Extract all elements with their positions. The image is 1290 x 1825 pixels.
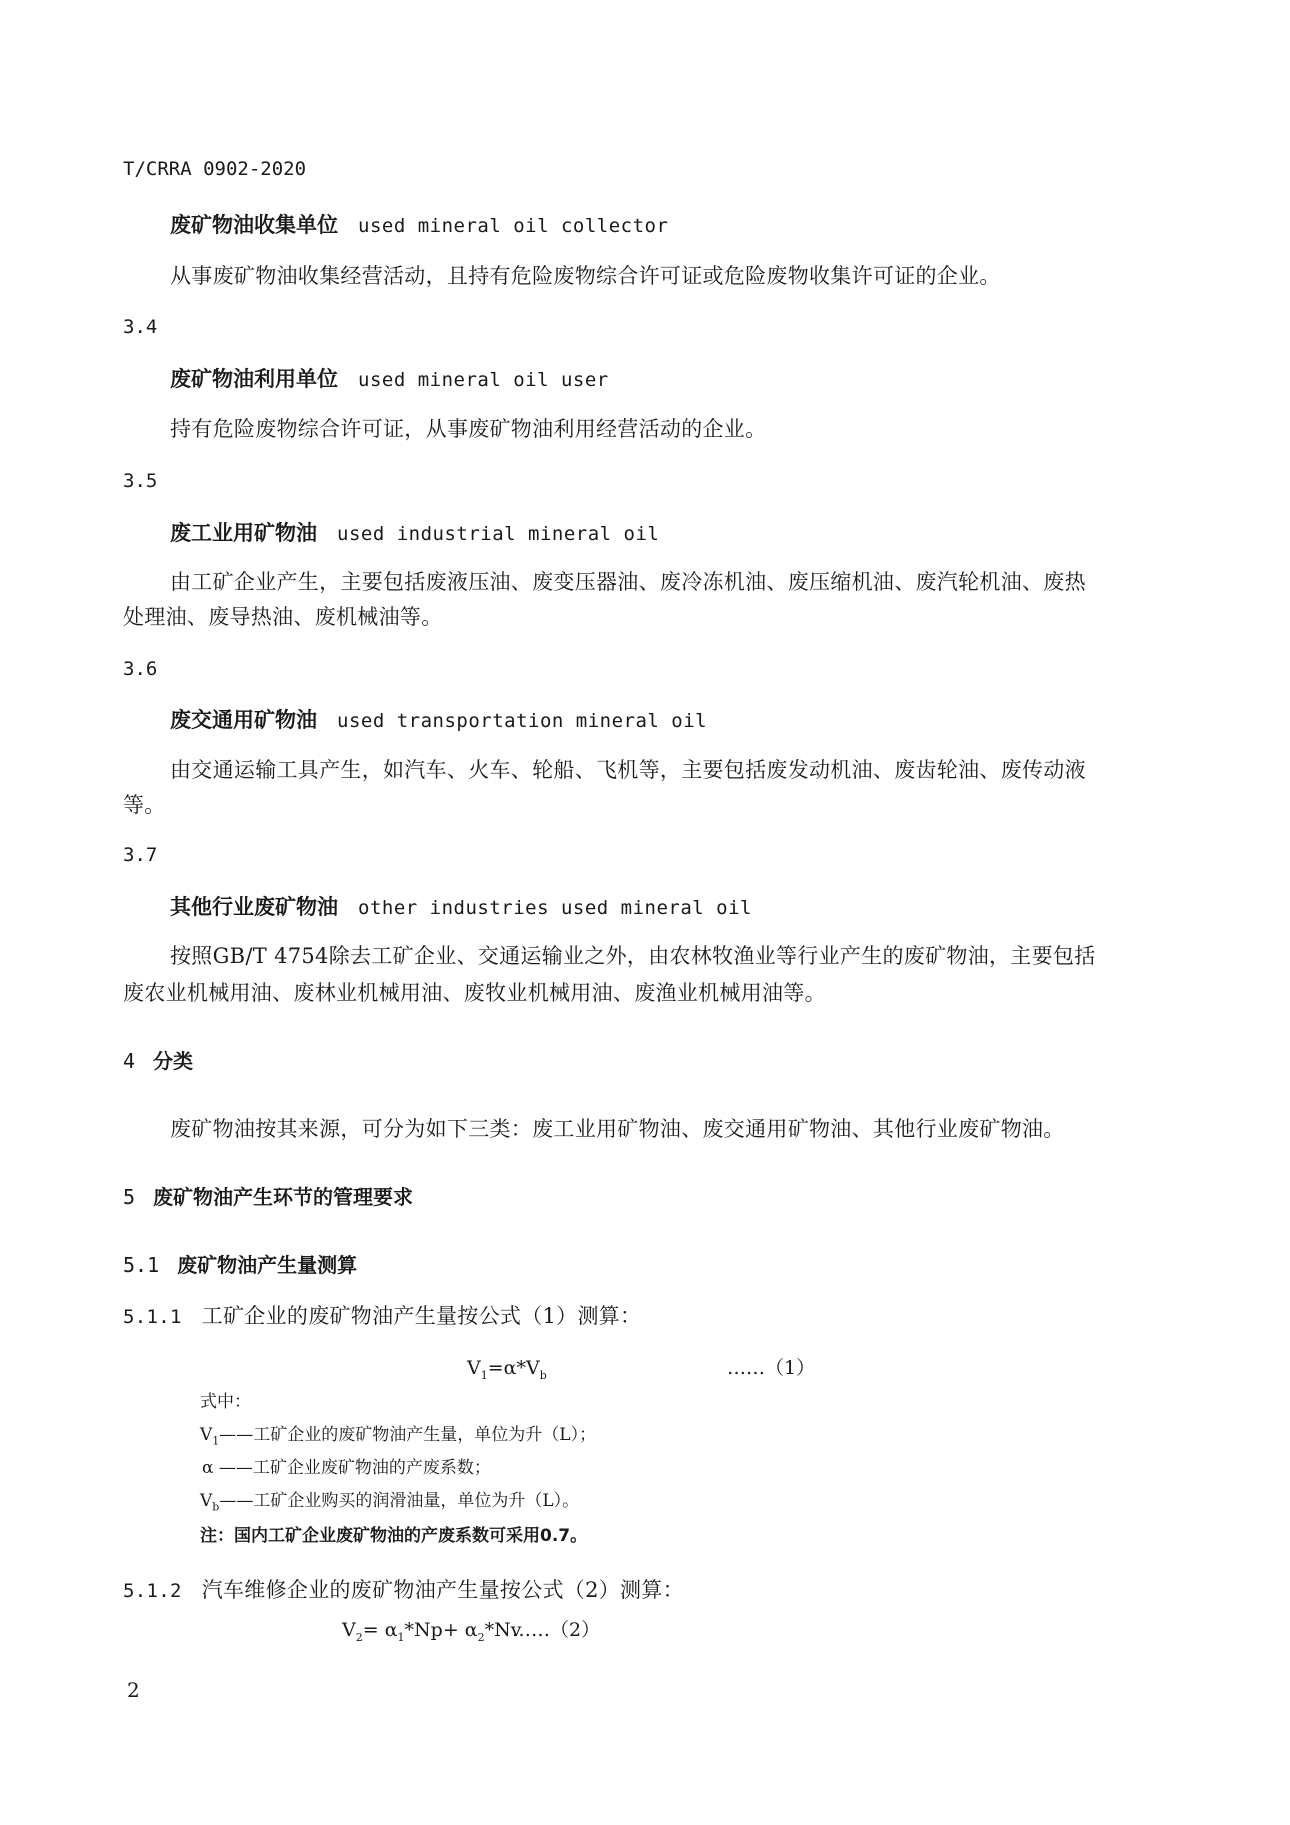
section-number: 5 <box>123 1185 135 1209</box>
variable-symbol: V <box>200 1425 212 1445</box>
clause-number: 5.1.1 <box>123 1306 182 1328</box>
clause-text: 工矿企业的废矿物油产生量按公式（1）测算： <box>202 1304 642 1328</box>
variable-symbol: V <box>200 1491 212 1511</box>
term-definition-cont: 处理油、废导热油、废机械油等。 <box>123 607 443 628</box>
term-zh: 废矿物油收集单位 <box>170 213 338 237</box>
section-number: 5.1 <box>123 1253 159 1277</box>
formula-subscript: 1 <box>481 1369 488 1382</box>
variable-definition: Vb——工矿企业购买的润滑油量，单位为升（L）。 <box>200 1493 579 1512</box>
formula-2-tag: ……（2） <box>512 1621 600 1640</box>
section-number: 4 <box>123 1049 135 1073</box>
section-heading: 5废矿物油产生环节的管理要求 <box>123 1187 413 1207</box>
term-definition: 持有危险废物综合许可证，从事废矿物油利用经营活动的企业。 <box>170 419 766 440</box>
formula-1-tag: ……（1） <box>727 1359 815 1378</box>
section-title: 废矿物油产生量测算 <box>177 1253 357 1277</box>
term-title: 废交通用矿物油used transportation mineral oil <box>170 710 707 731</box>
term-title: 废矿物油利用单位used mineral oil user <box>170 369 609 390</box>
term-definition: 从事废矿物油收集经营活动，且持有危险废物综合许可证或危险废物收集许可证的企业。 <box>170 266 1001 287</box>
variable-description: ——工矿企业废矿物油的产废系数； <box>219 1458 491 1478</box>
formula-2: V2= α1*Np+ α2*Nv <box>342 1621 521 1643</box>
term-en: other industries used mineral oil <box>358 897 752 919</box>
term-definition: 由工矿企业产生，主要包括废液压油、废变压器油、废冷冻机油、废压缩机油、废汽轮机油… <box>170 572 1086 593</box>
formula-expression: *Np+ α <box>405 1619 478 1641</box>
section-title: 废矿物油产生环节的管理要求 <box>153 1185 413 1209</box>
formula-1: V1=α*Vb <box>467 1359 547 1381</box>
variable-definition: α ——工矿企业废矿物油的产废系数； <box>202 1460 491 1477</box>
variable-description: ——工矿企业的废矿物油产生量，单位为升（L）； <box>219 1425 596 1445</box>
term-title: 其他行业废矿物油other industries used mineral oi… <box>170 897 752 918</box>
formula-subscript: 1 <box>398 1631 405 1644</box>
term-number: 3.7 <box>123 846 157 865</box>
term-definition-cont: 等。 <box>123 795 166 816</box>
variable-symbol: α <box>202 1458 219 1478</box>
clause-511: 5.1.1工矿企业的废矿物油产生量按公式（1）测算： <box>123 1306 641 1327</box>
note: 注：国内工矿企业废矿物油的产废系数可采用0.7。 <box>200 1528 587 1545</box>
term-number: 3.4 <box>123 318 157 337</box>
formula-symbol: V <box>467 1357 481 1379</box>
term-title: 废矿物油收集单位used mineral oil collector <box>170 215 668 236</box>
formula-subscript: 2 <box>356 1631 363 1644</box>
clause-512: 5.1.2汽车维修企业的废矿物油产生量按公式（2）测算： <box>123 1580 684 1601</box>
term-en: used mineral oil user <box>358 369 609 391</box>
formula-expression: =α*V <box>488 1357 540 1379</box>
formula-subscript: b <box>540 1369 547 1382</box>
document-id: T/CRRA 0902-2020 <box>123 160 306 179</box>
term-zh: 废矿物油利用单位 <box>170 367 338 391</box>
term-definition-cont: 废农业机械用油、废林业机械用油、废牧业机械用油、废渔业机械用油等。 <box>123 983 826 1004</box>
clause-number: 5.1.2 <box>123 1580 182 1602</box>
section-title: 分类 <box>153 1049 193 1073</box>
subsection-heading: 5.1废矿物油产生量测算 <box>123 1255 357 1275</box>
term-en: used transportation mineral oil <box>337 710 707 732</box>
term-title: 废工业用矿物油used industrial mineral oil <box>170 523 659 544</box>
section-heading: 4分类 <box>123 1051 193 1071</box>
term-en: used mineral oil collector <box>358 215 668 237</box>
term-zh: 其他行业废矿物油 <box>170 895 338 919</box>
term-en: used industrial mineral oil <box>337 523 659 545</box>
variable-description: ——工矿企业购买的润滑油量，单位为升（L）。 <box>219 1491 579 1511</box>
formula-expression: = α <box>363 1619 398 1641</box>
section-text: 废矿物油按其来源，可分为如下三类：废工业用矿物油、废交通用矿物油、其他行业废矿物… <box>170 1119 1065 1140</box>
formula-symbol: V <box>342 1619 356 1641</box>
variable-definition: V1——工矿企业的废矿物油产生量，单位为升（L）； <box>200 1427 596 1446</box>
term-number: 3.6 <box>123 660 157 679</box>
term-definition: 由交通运输工具产生，如汽车、火车、轮船、飞机等，主要包括废发动机油、废齿轮油、废… <box>170 760 1086 781</box>
term-definition: 按照GB/T 4754除去工矿企业、交通运输业之外，由农林牧渔业等行业产生的废矿… <box>170 946 1096 967</box>
clause-text: 汽车维修企业的废矿物油产生量按公式（2）测算： <box>202 1578 684 1602</box>
term-zh: 废工业用矿物油 <box>170 521 317 545</box>
page-number: 2 <box>127 1680 140 1700</box>
formula-subscript: 2 <box>478 1631 485 1644</box>
where-label: 式中： <box>200 1394 251 1411</box>
term-zh: 废交通用矿物油 <box>170 708 317 732</box>
term-number: 3.5 <box>123 472 157 491</box>
